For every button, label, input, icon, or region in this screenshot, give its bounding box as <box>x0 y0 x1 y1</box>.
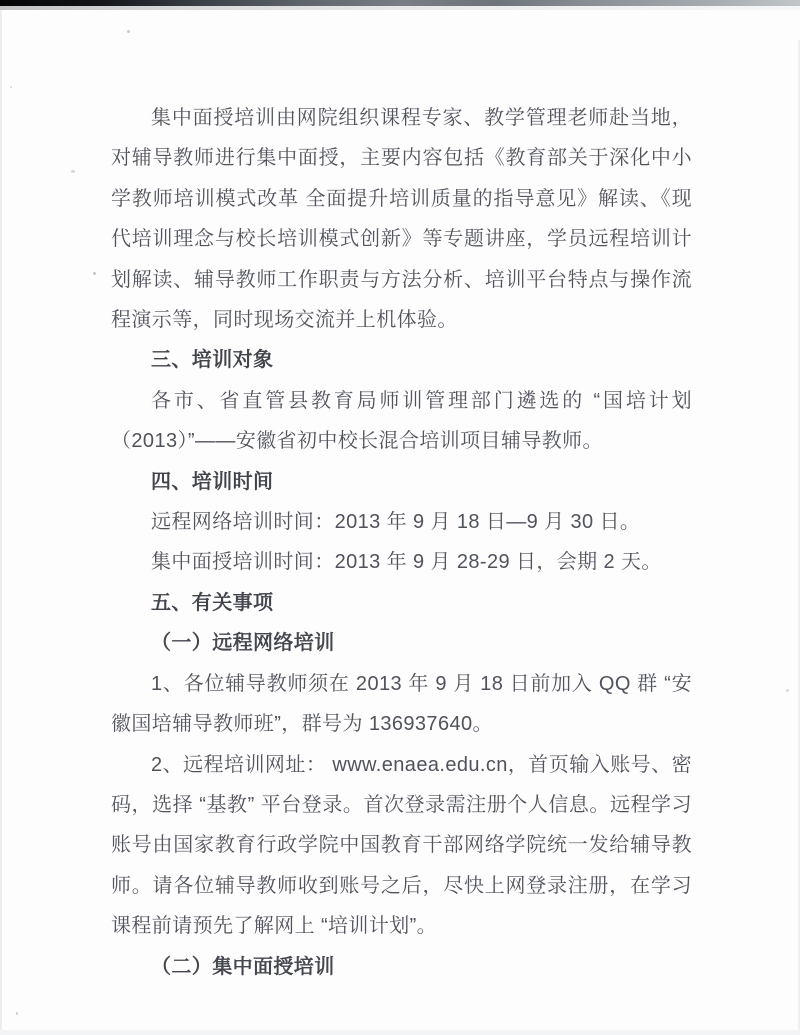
paragraph-qq-group-requirement: 1、各位辅导教师须在 2013 年 9 月 18 日前加入 QQ 群 “安徽国培… <box>111 664 692 745</box>
subheading-2-face-to-face-training: （二）集中面授培训 <box>111 947 692 987</box>
scan-noise-speck <box>127 30 130 33</box>
subheading-1-online-network-training: （一）远程网络培训 <box>111 623 692 663</box>
scan-edge-artifact-left <box>0 10 2 1035</box>
scan-noise-speck <box>71 170 75 173</box>
scan-edge-artifact-top-blur <box>0 6 800 10</box>
paragraph-training-targets: 各市、省直管县教育局师训管理部门遴选的 “国培计划（2013）”——安徽省初中校… <box>111 381 692 462</box>
document-body: 集中面授培训由网院组织课程专家、教学管理老师赴当地，对辅导教师进行集中面授，主要… <box>111 98 692 987</box>
scanned-document-page: 集中面授培训由网院组织课程专家、教学管理老师赴当地，对辅导教师进行集中面授，主要… <box>0 0 800 1035</box>
heading-section-5-related-matters: 五、有关事项 <box>111 583 692 623</box>
heading-section-3-training-targets: 三、培训对象 <box>111 340 692 380</box>
scan-edge-artifact-bottom <box>0 1030 800 1035</box>
paragraph-training-website-and-login: 2、远程培训网址： www.enaea.edu.cn，首页输入账号、密码，选择 … <box>111 745 692 947</box>
paragraph-face-to-face-training-dates: 集中面授培训时间：2013 年 9 月 28-29 日，会期 2 天。 <box>111 542 692 582</box>
heading-section-4-training-schedule: 四、培训时间 <box>111 462 692 502</box>
scan-noise-speck <box>10 86 12 88</box>
scan-noise-speck <box>93 272 96 275</box>
scan-noise-speck <box>16 1012 18 1015</box>
paragraph-online-training-dates: 远程网络培训时间：2013 年 9 月 18 日—9 月 30 日。 <box>111 502 692 542</box>
paragraph-face-to-face-training-overview: 集中面授培训由网院组织课程专家、教学管理老师赴当地，对辅导教师进行集中面授，主要… <box>111 98 692 340</box>
scan-noise-speck <box>786 689 789 692</box>
